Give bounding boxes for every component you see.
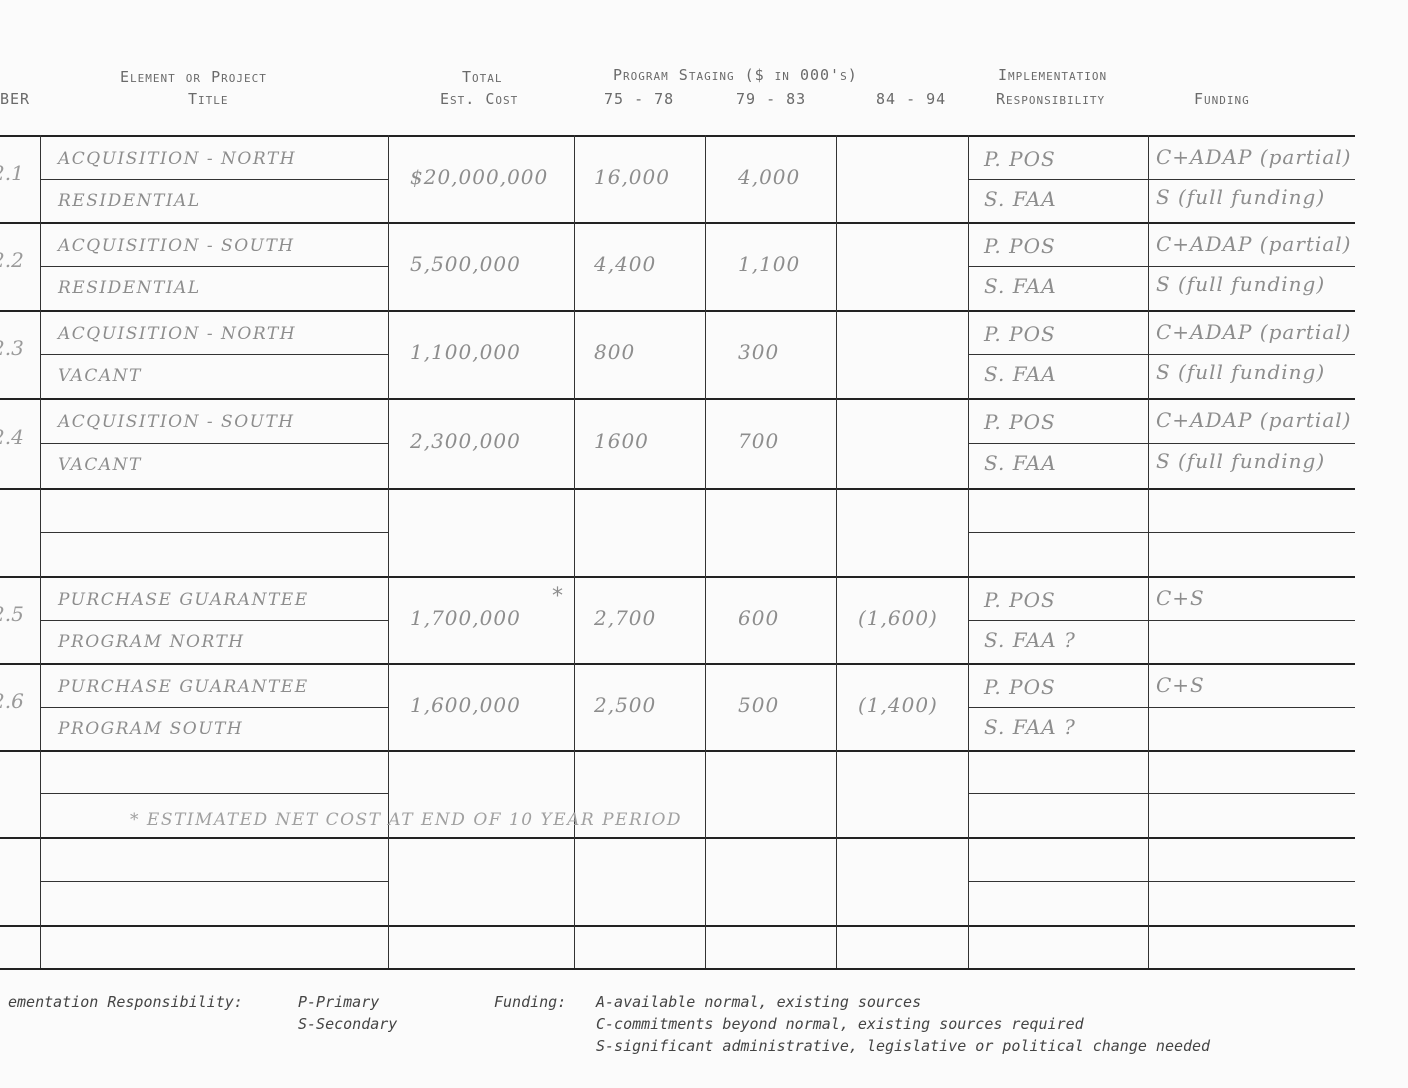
grid-line [574,135,575,968]
total-cost: 1,700,000 [410,606,521,630]
stage-79-83: 300 [738,340,779,364]
project-title-line2: PROGRAM NORTH [58,632,245,652]
stage-75-78: 16,000 [594,165,670,189]
legend-funding-label: Funding: [494,992,566,1013]
grid-line [40,793,388,794]
stage-79-83: 600 [738,606,779,630]
header-cost-line2: Est. Cost [440,90,518,108]
funding-secondary: S (full funding) [1156,272,1325,296]
legend-responsibility-secondary: S-Secondary [298,1014,397,1035]
project-title-line1: ACQUISITION - SOUTH [58,236,295,256]
legend-funding-s: S-significant administrative, legislativ… [596,1036,1210,1057]
total-cost: $20,000,000 [410,165,548,189]
grid-line [40,179,388,180]
grid-line [1148,135,1149,968]
grid-line [40,266,388,267]
grid-line [0,663,1355,665]
grid-line [0,135,1355,137]
project-title-line2: VACANT [58,366,142,386]
row-number: 2.6 [0,689,24,713]
stage-75-78: 2,500 [594,693,656,717]
grid-line [0,398,1355,400]
total-cost: 1,100,000 [410,340,521,364]
row-number: 2.5 [0,602,24,626]
legend-responsibility-label: ementation Responsibility: [8,992,243,1013]
header-title-line1: Element or Project [120,68,267,86]
grid-line [836,135,837,968]
responsibility-primary: P. POS [984,588,1056,612]
stage-79-83: 1,100 [738,252,800,276]
header-period-3: 84 - 94 [876,90,946,108]
grid-line [0,488,1355,490]
legend-funding-c: C-commitments beyond normal, existing so… [596,1014,1084,1035]
grid-line [0,968,1355,970]
grid-line [968,881,1355,882]
grid-line [968,532,1355,533]
funding-primary: C+ADAP (partial) [1156,320,1351,344]
responsibility-primary: P. POS [984,234,1056,258]
responsibility-secondary: S. FAA [984,451,1057,475]
funding-primary: C+ADAP (partial) [1156,232,1351,256]
responsibility-secondary: S. FAA [984,362,1057,386]
row-number: 2.3 [0,336,24,360]
stage-79-83: 700 [738,429,779,453]
grid-line [0,222,1355,224]
header-impl-line2: Responsibility [996,90,1105,108]
responsibility-primary: P. POS [984,147,1056,171]
header-funding: Funding [1194,90,1250,108]
grid-line [40,620,388,621]
grid-line [968,266,1355,267]
grid-line [968,135,969,968]
project-title-line1: ACQUISITION - NORTH [58,149,296,169]
stage-79-83: 500 [738,693,779,717]
row-number: 2.2 [0,248,24,272]
footnote: * ESTIMATED NET COST AT END OF 10 YEAR P… [130,810,682,830]
stage-75-78: 1600 [594,429,649,453]
funding-primary: C+ADAP (partial) [1156,145,1351,169]
responsibility-secondary: S. FAA [984,274,1057,298]
grid-line [40,354,388,355]
grid-line [40,707,388,708]
header-cost-line1: Total [462,68,503,86]
project-title-line2: VACANT [58,455,142,475]
grid-line [388,135,389,968]
total-cost: 5,500,000 [410,252,521,276]
funding-primary: C+S [1156,673,1205,697]
header-number: BER [0,90,30,108]
stage-84-94: (1,600) [858,606,938,630]
responsibility-secondary: S. FAA ? [984,628,1076,652]
grid-line [40,881,388,882]
project-title-line2: RESIDENTIAL [58,278,201,298]
grid-line [968,707,1355,708]
grid-line [40,443,388,444]
row-number: 2.4 [0,425,24,449]
stage-75-78: 2,700 [594,606,656,630]
project-title-line2: RESIDENTIAL [58,191,201,211]
funding-primary: C+S [1156,586,1205,610]
funding-secondary: S (full funding) [1156,449,1325,473]
row-number: 2.1 [0,161,24,185]
header-staging: Program Staging ($ in 000's) [613,66,858,84]
project-title-line1: PURCHASE GUARANTEE [58,590,309,610]
funding-secondary: S (full funding) [1156,185,1325,209]
stage-84-94: (1,400) [858,693,938,717]
grid-line [40,532,388,533]
grid-line [0,925,1355,927]
funding-primary: C+ADAP (partial) [1156,408,1351,432]
header-title-line2: Title [188,90,229,108]
project-title-line2: PROGRAM SOUTH [58,719,243,739]
grid-line [968,620,1355,621]
grid-line [0,837,1355,839]
stage-75-78: 4,400 [594,252,656,276]
legend-funding-a: A-available normal, existing sources [596,992,921,1013]
total-cost: 2,300,000 [410,429,521,453]
responsibility-secondary: S. FAA ? [984,715,1076,739]
grid-line [968,354,1355,355]
stage-79-83: 4,000 [738,165,800,189]
responsibility-primary: P. POS [984,675,1056,699]
responsibility-primary: P. POS [984,410,1056,434]
responsibility-secondary: S. FAA [984,187,1057,211]
responsibility-primary: P. POS [984,322,1056,346]
project-title-line1: ACQUISITION - NORTH [58,324,296,344]
stage-75-78: 800 [594,340,635,364]
grid-line [968,443,1355,444]
grid-line [968,793,1355,794]
funding-secondary: S (full funding) [1156,360,1325,384]
header-period-2: 79 - 83 [736,90,806,108]
grid-line [0,576,1355,578]
header-impl-line1: Implementation [998,66,1107,84]
grid-line [705,135,706,968]
project-title-line1: ACQUISITION - SOUTH [58,412,295,432]
total-cost: 1,600,000 [410,693,521,717]
grid-line [968,179,1355,180]
grid-line [0,310,1355,312]
legend-responsibility-primary: P-Primary [298,992,379,1013]
header-period-1: 75 - 78 [604,90,674,108]
grid-line [40,135,41,968]
footnote-marker: * [552,584,563,609]
grid-line [0,750,1355,752]
project-title-line1: PURCHASE GUARANTEE [58,677,309,697]
